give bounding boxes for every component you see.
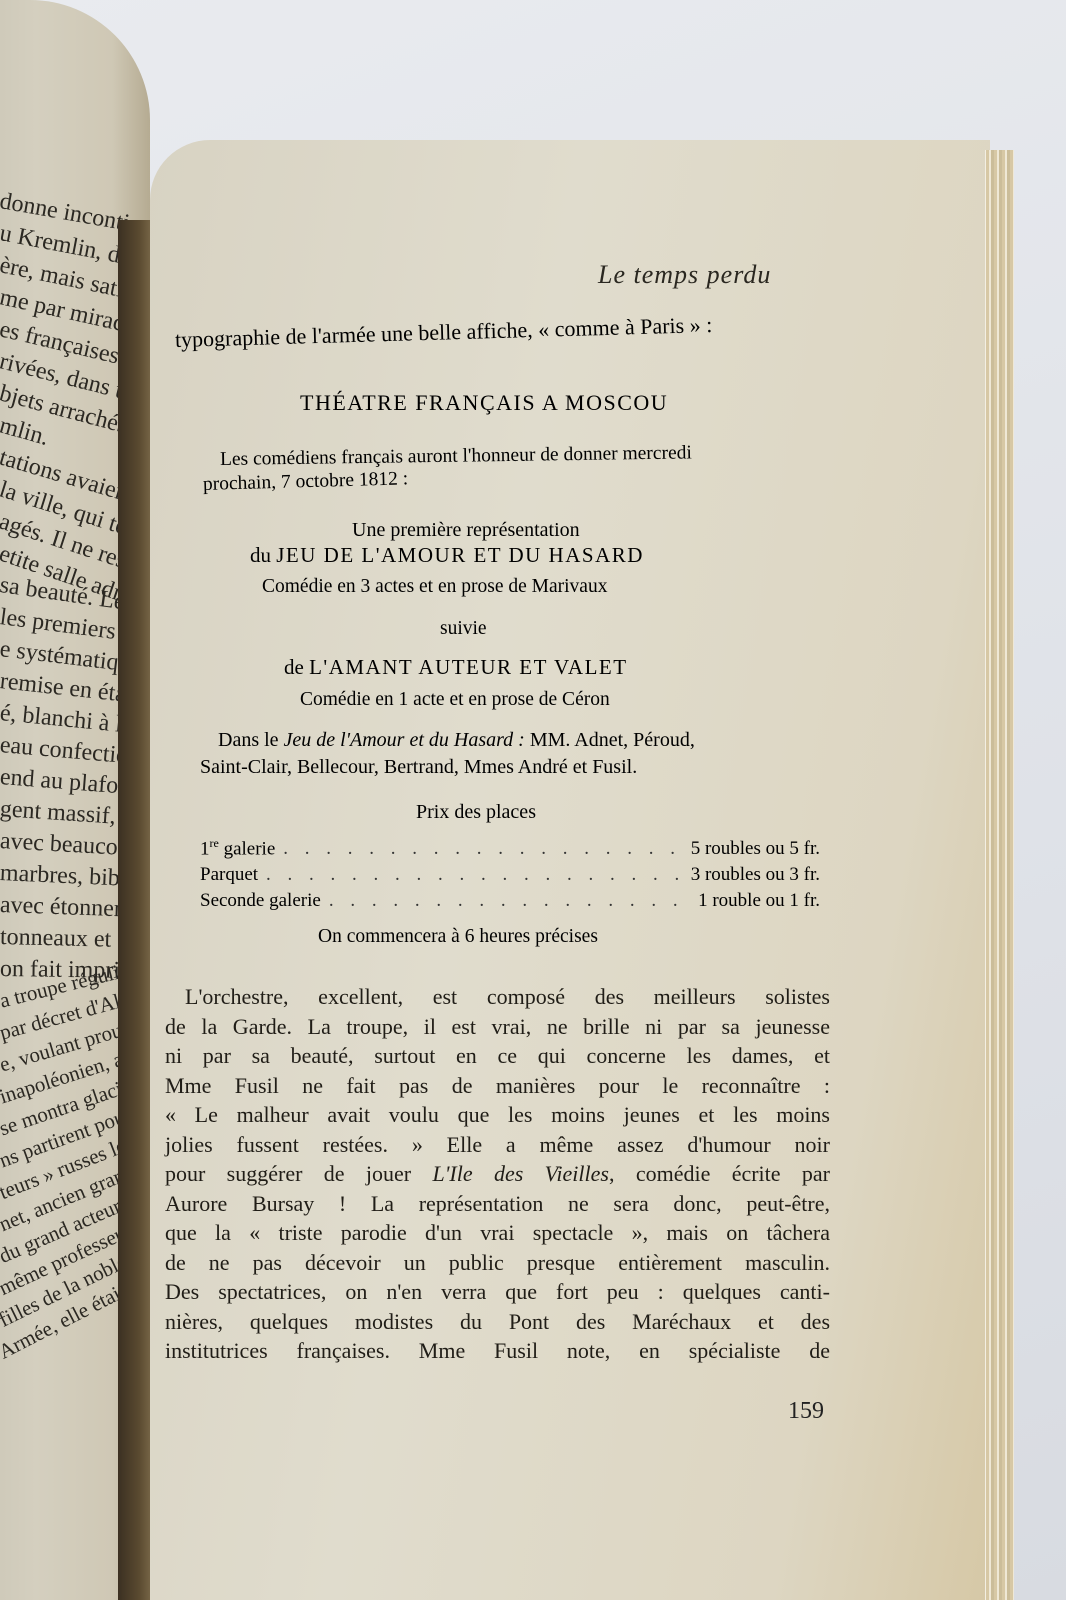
price-label: Seconde galerie	[200, 888, 321, 914]
first-play-prefix: du	[250, 543, 271, 567]
prices-heading: Prix des places	[416, 797, 536, 827]
price-value: 1 rouble ou 1 fr.	[698, 888, 820, 914]
body-line: pour suggérer de jouer L'Ile des Vieille…	[165, 1159, 830, 1189]
body-line: Mme Fusil ne fait pas de manières pour l…	[165, 1071, 830, 1101]
page-edges	[985, 150, 1014, 1600]
body-line: de la Garde. La troupe, il est vrai, ne …	[165, 1012, 830, 1042]
followed-by: suivie	[440, 614, 487, 644]
price-label: Parquet	[200, 862, 258, 888]
cast-line-1: Dans le Jeu de l'Amour et du Hasard : MM…	[218, 725, 695, 755]
price-label: 1re galerie	[200, 830, 275, 862]
body-line: que la « triste parodie d'un vrai specta…	[165, 1218, 830, 1248]
body-paragraph: L'orchestre, excellent, est composé des …	[165, 982, 830, 1366]
body-line: Des spectatrices, on n'en verra que fort…	[165, 1277, 830, 1307]
second-play-description: Comédie en 1 acte et en prose de Céron	[300, 685, 610, 715]
second-play-line: de L'AMANT AUTEUR ET VALET	[284, 652, 628, 682]
second-play-prefix: de	[284, 655, 304, 679]
start-time: On commencera à 6 heures précises	[318, 922, 598, 952]
page-number: 159	[788, 1398, 824, 1425]
price-row: 1re galerie5 roubles ou 5 fr.	[200, 830, 820, 862]
body-line: institutrices françaises. Mme Fusil note…	[165, 1336, 830, 1366]
body-line: nières, quelques modistes du Pont des Ma…	[165, 1307, 830, 1337]
cast-actors-1: MM. Adnet, Péroud,	[530, 729, 695, 751]
body-line: Aurore Bursay ! La représentation ne ser…	[165, 1189, 830, 1219]
cast-line-2: Saint-Clair, Bellecour, Bertrand, Mmes A…	[200, 752, 637, 782]
dot-leader	[329, 888, 690, 914]
price-row: Seconde galerie1 rouble ou 1 fr.	[200, 888, 820, 914]
first-play-title: JEU DE L'AMOUR ET DU HASARD	[276, 543, 644, 567]
body-line: ni par sa beauté, surtout en ce qui conc…	[165, 1041, 830, 1071]
first-play-description: Comédie en 3 actes et en prose de Mariva…	[262, 572, 607, 602]
price-value: 3 roubles ou 3 fr.	[691, 862, 820, 888]
dot-leader	[283, 836, 682, 862]
cast-prefix: Dans le	[218, 729, 279, 751]
body-line: L'orchestre, excellent, est composé des …	[165, 982, 830, 1012]
first-play-line: du JEU DE L'AMOUR ET DU HASARD	[250, 540, 644, 570]
body-line: de ne pas décevoir un public presque ent…	[165, 1248, 830, 1278]
second-play-title: L'AMANT AUTEUR ET VALET	[309, 655, 627, 679]
poster-title: THÉATRE FRANÇAIS A MOSCOU	[300, 388, 668, 418]
dot-leader	[266, 862, 683, 888]
price-row: Parquet3 roubles ou 3 fr.	[200, 862, 820, 888]
announcement-line-2: prochain, 7 octobre 1812 :	[203, 464, 409, 500]
price-value: 5 roubles ou 5 fr.	[691, 836, 820, 862]
play-title-italic: L'Ile des Vieilles	[432, 1161, 609, 1186]
body-line: « Le malheur avait voulu que les moins j…	[165, 1100, 830, 1130]
price-table: 1re galerie5 roubles ou 5 fr.Parquet3 ro…	[200, 830, 820, 914]
body-line: jolies fussent restées. » Elle a même as…	[165, 1130, 830, 1160]
cast-play-title: Jeu de l'Amour et du Hasard :	[284, 729, 525, 751]
running-head: Le temps perdu	[598, 260, 771, 290]
